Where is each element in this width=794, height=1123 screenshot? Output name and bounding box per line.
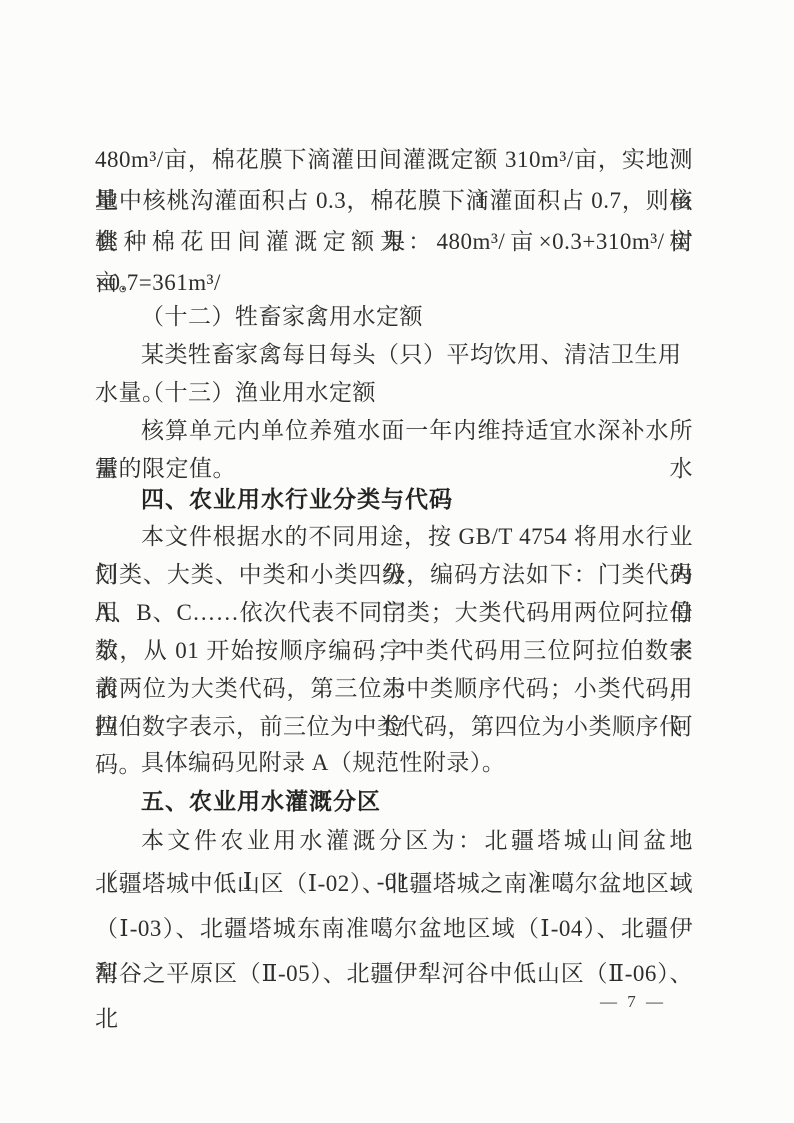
text-line: 示，从 01 开始按顺序编码；中类代码用三位阿拉伯数字表示， bbox=[95, 632, 693, 670]
section-heading-5: 五、农业用水灌溉分区 bbox=[95, 782, 693, 820]
text-line: 门类、大类、中类和小类四级，编码方法如下：门类代码用字母 bbox=[95, 556, 693, 594]
text-line: 套种棉花田间灌溉定额为：480m³/亩×0.3+310m³/亩×0.7=361m… bbox=[95, 221, 693, 262]
document-body: 480m³/亩，棉花膜下滴灌田间灌溉定额 310m³/亩，实地测量 1 亩 地中… bbox=[95, 139, 693, 996]
text-line: 具体编码见附录 A（规范性附录）。 bbox=[95, 744, 693, 782]
text-line: 拉伯数字表示，前三位为中类代码，第四位为小类顺序代码。 bbox=[95, 708, 693, 746]
text-line: （Ⅰ-03）、北疆塔城东南准噶尔盆地区域（Ⅰ-04）、北疆伊犁 bbox=[95, 906, 693, 951]
sub-item-title-13: （十三）渔业用水定额 bbox=[95, 374, 693, 412]
text-line: A、B、C……依次代表不同门类；大类代码用两位阿拉伯数字表 bbox=[95, 594, 693, 632]
text-line: 地中核桃沟灌面积占 0.3，棉花膜下滴灌面积占 0.7，则核桃果树 bbox=[95, 180, 693, 221]
text-line: 480m³/亩，棉花膜下滴灌田间灌溉定额 310m³/亩，实地测量 1 亩 bbox=[95, 139, 693, 180]
text-line: 北疆塔城中低山区（Ⅰ-02）、北疆塔城之南准噶尔盆地区域 bbox=[95, 861, 693, 906]
text-line: 前两位为大类代码，第三位为中类顺序代码；小类代码用四位阿 bbox=[95, 670, 693, 708]
text-line: 本文件根据水的不同用途，按 GB/T 4754 将用水行业划分为 bbox=[95, 518, 693, 556]
text-line: 核算单元内单位养殖水面一年内维持适宜水深补水所需水 bbox=[95, 412, 693, 450]
page-number: — 7 — bbox=[600, 990, 666, 1014]
text-line: 本文件农业用水灌溉分区为：北疆塔城山间盆地（Ⅰ-01）、 bbox=[95, 820, 693, 861]
document-page: 480m³/亩，棉花膜下滴灌田间灌溉定额 310m³/亩，实地测量 1 亩 地中… bbox=[0, 0, 794, 1123]
text-line: 某类牲畜家禽每日每头（只）平均饮用、清洁卫生用水量。 bbox=[95, 336, 693, 374]
sub-item-title-12: （十二）牲畜家禽用水定额 bbox=[95, 298, 693, 336]
